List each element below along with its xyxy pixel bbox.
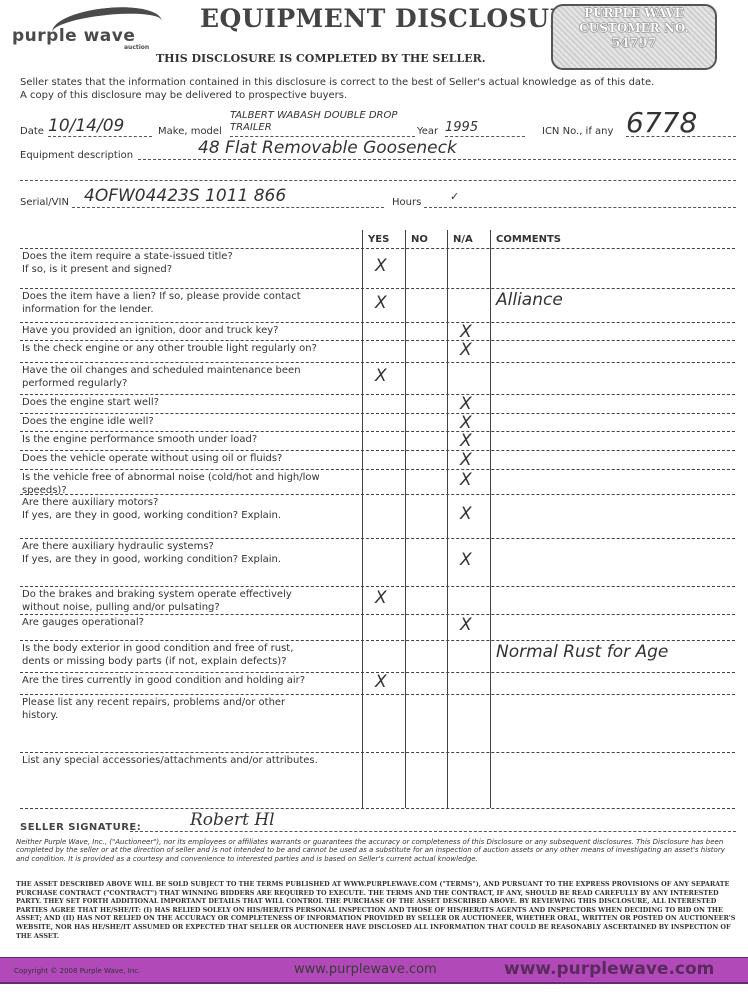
answer-cell-no[interactable]	[406, 322, 447, 340]
hours-label: Hours	[392, 197, 421, 208]
answer-cell-yes[interactable]	[363, 450, 405, 469]
answer-cell-na[interactable]	[448, 672, 490, 694]
answer-cell-na[interactable]: X	[448, 450, 490, 469]
purple-wave-logo: purple wave auction	[12, 6, 162, 50]
legal-terms-text: THE ASSET DESCRIBED ABOVE WILL BE SOLD S…	[16, 880, 738, 940]
question-text: Is the engine performance smooth under l…	[22, 434, 357, 447]
answer-cell-no[interactable]	[406, 752, 447, 808]
answer-cell-na[interactable]: X	[448, 538, 490, 586]
year-field[interactable]: 1995	[445, 120, 525, 137]
customer-number-stamp: PURPLE WAVE CUSTOMER NO. 54797	[551, 4, 717, 70]
answer-cell-yes[interactable]	[363, 340, 405, 362]
x-checkmark-icon: X	[375, 366, 387, 386]
question-text: Are there auxiliary hydraulic systems?If…	[22, 541, 357, 566]
answer-cell-na[interactable]: X	[448, 494, 490, 538]
question-line-1: Does the engine start well?	[22, 397, 357, 410]
comment-field[interactable]	[496, 342, 736, 362]
answer-cell-na[interactable]: X	[448, 413, 490, 431]
answer-cell-no[interactable]	[406, 431, 447, 450]
x-checkmark-icon: X	[460, 413, 472, 433]
answer-cell-yes[interactable]: X	[363, 586, 405, 614]
question-line-1: Have the oil changes and scheduled maint…	[22, 365, 357, 378]
description-continuation-line[interactable]	[20, 170, 736, 181]
answer-cell-no[interactable]	[406, 538, 447, 586]
answer-cell-na[interactable]: X	[448, 394, 490, 413]
question-line-2: If so, is it present and signed?	[22, 264, 357, 277]
question-line-2: If yes, are they in good, working condit…	[22, 554, 357, 567]
make-model-label: Make, model	[158, 126, 222, 137]
question-text: Does the engine idle well?	[22, 416, 357, 429]
question-line-1: Are the tires currently in good conditio…	[22, 675, 357, 688]
seller-signature-label: SELLER SIGNATURE:	[20, 822, 141, 833]
x-checkmark-icon: X	[460, 322, 472, 342]
column-header-na: N/A	[453, 234, 473, 245]
answer-cell-na[interactable]: X	[448, 469, 490, 494]
answer-cell-no[interactable]	[406, 288, 447, 322]
answer-cell-yes[interactable]: X	[363, 362, 405, 394]
x-checkmark-icon: X	[375, 293, 387, 313]
question-line-2: dents or missing body parts (if not, exp…	[22, 656, 357, 669]
comment-field[interactable]	[496, 496, 736, 538]
comment-field[interactable]	[496, 452, 736, 469]
equipment-description-label: Equipment description	[20, 150, 133, 161]
answer-cell-no[interactable]	[406, 362, 447, 394]
customer-number: 54797	[553, 36, 715, 51]
x-checkmark-icon: X	[375, 672, 387, 692]
comment-field[interactable]	[496, 696, 736, 752]
x-checkmark-icon: X	[460, 550, 472, 570]
comment-field[interactable]	[496, 616, 736, 640]
page-subtitle: THIS DISCLOSURE IS COMPLETED BY THE SELL…	[156, 52, 486, 65]
question-line-1: Are gauges operational?	[22, 617, 357, 630]
comment-field[interactable]	[496, 250, 736, 288]
comment-field[interactable]	[496, 471, 736, 494]
icn-field[interactable]: 6778	[626, 106, 736, 137]
make-model-field[interactable]: TALBERT WABASH DOUBLE DROP TRAILER	[230, 110, 415, 137]
answer-cell-yes[interactable]	[363, 469, 405, 494]
column-divider	[490, 230, 491, 808]
intro-line-2: A copy of this disclosure may be deliver…	[20, 89, 740, 102]
x-checkmark-icon: X	[460, 431, 472, 451]
answer-cell-no[interactable]	[406, 413, 447, 431]
disclaimer-text: Neither Purple Wave, Inc., ("Auctioneer"…	[16, 838, 738, 863]
row-divider	[20, 808, 735, 809]
answer-cell-yes[interactable]	[363, 538, 405, 586]
answer-cell-no[interactable]	[406, 694, 447, 752]
comment-field[interactable]	[496, 324, 736, 340]
column-header-no: NO	[411, 234, 428, 245]
comment-field[interactable]	[496, 540, 736, 586]
comment-field[interactable]	[496, 364, 736, 394]
stamp-line-1: PURPLE WAVE	[553, 6, 715, 21]
answer-cell-yes[interactable]	[363, 640, 405, 672]
answer-cell-no[interactable]	[406, 450, 447, 469]
intro-line-1: Seller states that the information conta…	[20, 76, 740, 89]
logo-subtext: auction	[124, 44, 149, 51]
serial-vin-field[interactable]: 4OFW04423S 1011 866	[72, 186, 384, 208]
question-text: List any special accessories/attachments…	[22, 755, 357, 768]
answer-cell-yes[interactable]	[363, 494, 405, 538]
question-line-2: history.	[22, 710, 357, 723]
answer-cell-na[interactable]	[448, 248, 490, 288]
date-label: Date	[20, 126, 44, 137]
question-text: Are the tires currently in good conditio…	[22, 675, 357, 688]
answer-cell-yes[interactable]	[363, 322, 405, 340]
page-title: EQUIPMENT DISCLOSURE	[200, 4, 590, 33]
answer-cell-na[interactable]: X	[448, 322, 490, 340]
x-checkmark-icon: X	[460, 450, 472, 470]
question-line-2: performed regularly?	[22, 378, 357, 391]
comment-field[interactable]	[496, 754, 736, 808]
answer-cell-yes[interactable]: X	[363, 288, 405, 322]
answer-cell-no[interactable]	[406, 469, 447, 494]
question-line-1: Are there auxiliary hydraulic systems?	[22, 541, 357, 554]
answer-cell-na[interactable]	[448, 752, 490, 808]
question-line-2: If yes, are they in good, working condit…	[22, 510, 357, 523]
comment-field[interactable]	[496, 415, 736, 431]
question-line-1: Is the body exterior in good condition a…	[22, 643, 357, 656]
logo-text: purple wave	[12, 26, 135, 46]
question-text: Does the engine start well?	[22, 397, 357, 410]
x-checkmark-icon: X	[460, 615, 472, 635]
column-header-yes: YES	[368, 234, 389, 245]
question-line-1: Please list any recent repairs, problems…	[22, 697, 357, 710]
footer-bar: Copyright © 2008 Purple Wave, Inc. www.p…	[0, 957, 748, 984]
question-line-1: List any special accessories/attachments…	[22, 755, 357, 768]
question-line-1: Have you provided an ignition, door and …	[22, 325, 357, 338]
comment-field[interactable]: Alliance	[496, 290, 736, 322]
column-header-comments: COMMENTS	[496, 234, 561, 245]
x-checkmark-icon: X	[375, 256, 387, 276]
serial-vin-label: Serial/VIN	[20, 197, 69, 208]
answer-cell-no[interactable]	[406, 494, 447, 538]
equipment-description-field[interactable]: 48 Flat Removable Gooseneck	[138, 138, 736, 160]
question-text: Have the oil changes and scheduled maint…	[22, 365, 357, 390]
comment-field[interactable]	[496, 433, 736, 450]
question-line-1: Is the engine performance smooth under l…	[22, 434, 357, 447]
question-line-1: Does the item have a lien? If so, please…	[22, 291, 357, 304]
x-checkmark-icon: X	[460, 394, 472, 414]
question-text: Are there auxiliary motors?If yes, are t…	[22, 497, 357, 522]
question-line-2: information for the lender.	[22, 304, 357, 317]
comment-field[interactable]	[496, 588, 736, 614]
stamp-line-2: CUSTOMER NO.	[553, 21, 715, 36]
question-text: Do the brakes and braking system operate…	[22, 589, 357, 614]
answer-cell-yes[interactable]: X	[363, 672, 405, 694]
question-text: Does the vehicle operate without using o…	[22, 453, 357, 466]
x-checkmark-icon: X	[460, 504, 472, 524]
question-line-1: Does the item require a state-issued tit…	[22, 251, 357, 264]
x-checkmark-icon: X	[460, 340, 472, 360]
seller-signature-field[interactable]: Robert Hl	[130, 810, 736, 832]
answer-cell-yes[interactable]	[363, 614, 405, 640]
question-text: Does the item require a state-issued tit…	[22, 251, 357, 276]
answer-cell-na[interactable]	[448, 362, 490, 394]
footer-url-large-link[interactable]: www.purplewave.com	[504, 959, 714, 979]
answer-cell-no[interactable]	[406, 394, 447, 413]
answer-cell-no[interactable]	[406, 672, 447, 694]
answer-cell-na[interactable]: X	[448, 340, 490, 362]
answer-cell-na[interactable]	[448, 586, 490, 614]
answer-cell-no[interactable]	[406, 340, 447, 362]
question-text: Is the body exterior in good condition a…	[22, 643, 357, 668]
question-text: Are gauges operational?	[22, 617, 357, 630]
answer-cell-no[interactable]	[406, 586, 447, 614]
question-line-1: Are there auxiliary motors?	[22, 497, 357, 510]
x-checkmark-icon: X	[375, 588, 387, 608]
icn-label: ICN No., if any	[542, 126, 613, 137]
question-text: Please list any recent repairs, problems…	[22, 697, 357, 722]
answer-cell-na[interactable]: X	[448, 614, 490, 640]
answer-cell-na[interactable]	[448, 288, 490, 322]
x-checkmark-icon: X	[460, 470, 472, 490]
question-line-1: Does the engine idle well?	[22, 416, 357, 429]
question-text: Does the item have a lien? If so, please…	[22, 291, 357, 316]
question-line-1: Do the brakes and braking system operate…	[22, 589, 357, 602]
answer-cell-yes[interactable]	[363, 394, 405, 413]
footer-url-link[interactable]: www.purplewave.com	[294, 962, 437, 977]
copyright-text: Copyright © 2008 Purple Wave, Inc.	[14, 967, 140, 975]
answer-cell-na[interactable]	[448, 694, 490, 752]
question-line-1: Is the check engine or any other trouble…	[22, 343, 357, 356]
answer-cell-yes[interactable]	[363, 431, 405, 450]
date-field[interactable]: 10/14/09	[48, 116, 152, 137]
answer-cell-yes[interactable]	[363, 413, 405, 431]
answer-cell-no[interactable]	[406, 640, 447, 672]
answer-cell-no[interactable]	[406, 248, 447, 288]
comment-field[interactable]	[496, 396, 736, 413]
answer-cell-no[interactable]	[406, 614, 447, 640]
question-line-2: without noise, pulling and/or pulsating?	[22, 602, 357, 615]
seller-statement: Seller states that the information conta…	[20, 76, 740, 102]
answer-cell-na[interactable]	[448, 640, 490, 672]
comment-field[interactable]	[496, 674, 736, 694]
answer-cell-yes[interactable]: X	[363, 248, 405, 288]
question-text: Is the check engine or any other trouble…	[22, 343, 357, 356]
year-label: Year	[417, 126, 438, 137]
question-line-1: Does the vehicle operate without using o…	[22, 453, 357, 466]
hours-field[interactable]: ✓	[424, 190, 736, 208]
answer-cell-na[interactable]: X	[448, 431, 490, 450]
answer-cell-yes[interactable]	[363, 752, 405, 808]
comment-field[interactable]: Normal Rust for Age	[496, 642, 736, 672]
answer-cell-yes[interactable]	[363, 694, 405, 752]
question-text: Have you provided an ignition, door and …	[22, 325, 357, 338]
